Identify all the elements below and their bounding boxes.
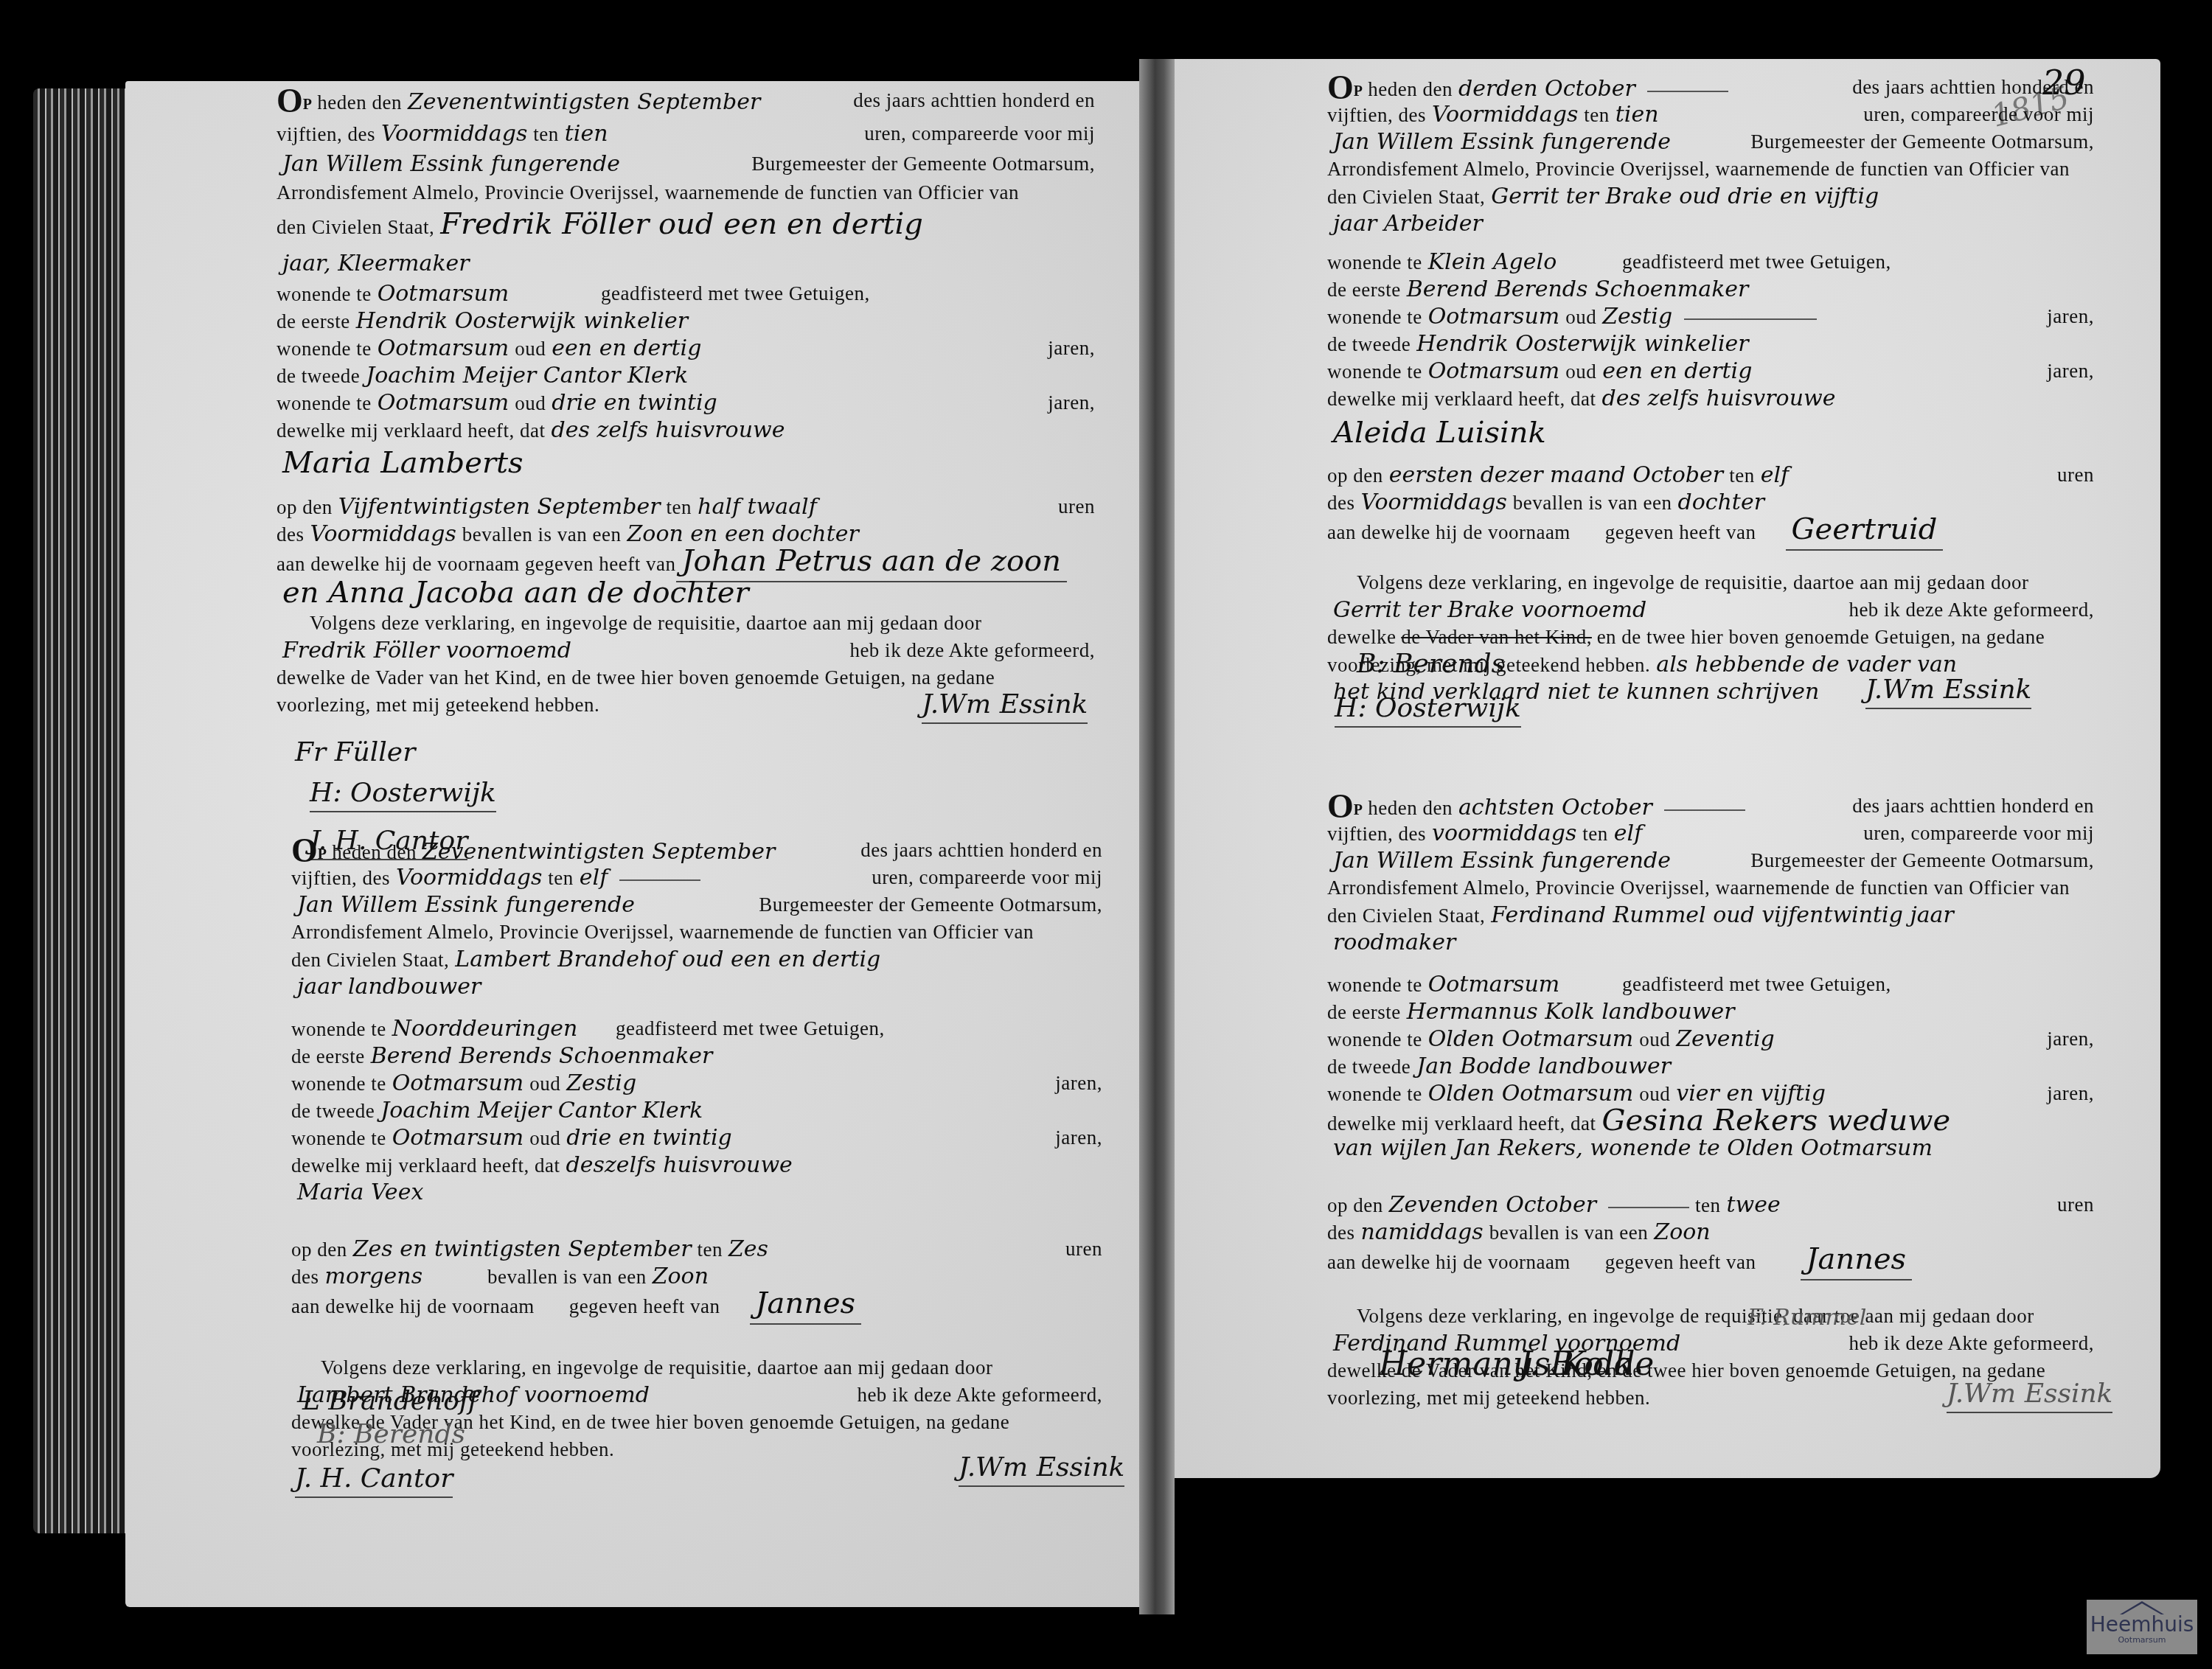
printed-text: heden den [317,91,402,114]
printed-text: oud [515,338,546,360]
handwritten-daypart: Voormiddags [1355,489,1513,515]
signature: J. H. Cantor [295,1463,453,1498]
printed-text: jaren, [2047,1025,2094,1053]
handwritten-hour: elf [1608,820,1648,846]
handwritten-residence: Ootmarsum [1422,304,1566,330]
printed-text: des [291,1266,319,1288]
handwritten-birth-date: Zevenden October [1383,1192,1602,1218]
printed-text: den Civielen Staat, [291,949,449,971]
printed-text: de eerste [291,1045,365,1067]
printed-text: op den [276,496,333,518]
handwritten-age: Zestig [560,1070,642,1096]
handwritten-daypart: namiddags [1355,1219,1489,1245]
handwritten-residence: Klein Agelo [1422,249,1563,275]
printed-text: oud [1639,1083,1670,1105]
handwritten-official: Jan Willem Essink fungerende [1327,848,1677,874]
printed-text: dewelke mij verklaard heeft, dat [291,1154,560,1177]
printed-text: wonende te [291,1073,386,1095]
handwritten-child-sex: dochter [1672,489,1770,515]
handwritten-date: Zevenentwintigsten September [402,89,766,115]
signature-burgemeester: J.Wm Essink [1947,1379,2112,1413]
handwritten-birth-hour: twee [1720,1192,1786,1218]
printed-text: de tweede [276,365,360,387]
printed-text: den Civielen Staat, [1327,905,1485,927]
printed-text: heb ik deze Akte geformeerd, [857,1381,1102,1409]
handwritten-residence: Ootmarsum [372,390,515,416]
printed-text: gegeven heeft van [569,1295,720,1317]
printed-text: wonende te [291,1018,386,1040]
printed-text: voorlezing, met mij geteekend hebben. [276,694,599,716]
printed-text: op den [291,1238,347,1261]
printed-text: gegeven heeft van [1605,521,1756,543]
handwritten-date: Zevenentwintigsten September [417,839,781,865]
printed-text: jaren, [1055,1070,1102,1097]
record-right-1: OP heden denderden Octoberdes jaars acht… [1327,74,2094,647]
book-gutter [1139,59,1175,1614]
printed-text: ten [698,1238,723,1261]
handwritten-birth-hour: half twaalf [692,494,823,520]
printed-text: bevallen is van een [462,523,622,546]
printed-text: geadfisteerd met twee Getuigen, [1622,971,1891,998]
printed-text: aan dewelke hij de voornaam [291,1295,535,1317]
handwritten-witness-1: Hermannus Kolk landbouwer [1401,999,1741,1025]
handwritten-relation: des zelfs huisvrouwe [1596,386,1842,411]
signature-burgemeester: J.Wm Essink [1865,675,2031,709]
printed-text: op den [1327,464,1383,487]
printed-text: des [1327,492,1355,514]
printed-text: des jaars achttien honderd en [853,87,1095,114]
printed-text: Arrondisfement Almelo, Provincie Overijs… [276,181,1019,203]
handwritten-age: Zestig [1596,304,1678,330]
printed-text: en de twee hier boven genoemde Getuigen,… [1597,626,2045,648]
handwritten-daypart: Voormiddags [1426,102,1584,128]
signature: B: Berends [317,1419,465,1449]
handwritten-age: Zeventig [1670,1026,1780,1052]
handwritten-residence: Ootmarsum [372,335,515,361]
handwritten-occupation: jaar Arbeider [1327,211,1489,237]
printed-text: wonende te [1327,1083,1422,1105]
handwritten-residence: Ootmarsum [372,281,515,307]
house-roof-icon [2120,1601,2164,1614]
handwritten-mother: Aleida Luisink [1327,416,1552,450]
printed-text: Burgemeester der Gemeente Ootmarsum, [1750,847,2094,874]
printed-text: jaren, [1055,1124,1102,1151]
printed-text: wonende te [1327,306,1422,328]
printed-text: ten [667,496,692,518]
printed-text: gegeven heeft van [1605,1251,1756,1273]
printed-text: uren, compareerde voor mij [864,120,1095,147]
handwritten-residence: Ootmarsum [386,1125,530,1151]
printed-text: des [276,523,305,546]
printed-text: oud [529,1127,560,1149]
handwritten-birth-hour: elf [1755,462,1795,488]
handwritten-relation: deszelfs huisvrouwe [560,1152,799,1178]
printed-text: Burgemeester der Gemeente Ootmarsum, [759,891,1102,919]
signature: F. Rummel [1747,1305,1866,1331]
handwritten-age: drie en twintig [560,1125,738,1151]
signature: H: Oosterwijk [310,778,496,812]
printed-text: bevallen is van een [1489,1222,1649,1244]
handwritten-official: Jan Willem Essink fungerende [1327,129,1677,155]
printed-text: dewelke de Vader van het Kind, en de twe… [276,666,995,689]
printed-text: de eerste [1327,1001,1401,1023]
signature-burgemeester: J.Wm Essink [922,689,1088,724]
handwritten-declarant: Ferdinand Rummel oud vijfentwintig jaar [1485,902,1960,928]
printed-text: wonende te [1327,360,1422,383]
signature: L Brandehoff [302,1386,478,1416]
handwritten-age: een en dertig [546,335,707,361]
printed-text: de eerste [1327,279,1401,301]
printed-text: uren, compareerde voor mij [1863,101,2094,128]
printed-text: vijftien, des [1327,104,1426,126]
signature: J. Bodde [1519,1345,1654,1383]
handwritten-birth-date: Vijfentwintigsten September [333,494,667,520]
handwritten-daypart: voormiddags [1426,820,1582,846]
printed-text: ten [548,867,574,889]
watermark-name: Heemhuis [2087,1614,2197,1635]
handwritten-addendum: als hebbende de vader van [1650,652,1963,677]
printed-text: ten [533,123,559,145]
printed-text: dewelke mij verklaard heeft, dat [1327,388,1596,410]
printed-text: des jaars achttien honderd en [1852,792,2094,820]
printed-text: vijftien, des [276,123,375,145]
handwritten-residence: Ootmarsum [386,1070,530,1096]
printed-text: geadfisteerd met twee Getuigen, [616,1015,885,1042]
printed-text: geadfisteerd met twee Getuigen, [1622,248,1891,276]
printed-text: op den [1327,1194,1383,1216]
printed-text: wonende te [276,392,372,414]
printed-text: oud [1565,306,1596,328]
handwritten-residence: Olden Ootmarsum [1422,1026,1640,1052]
printed-text: aan dewelke hij de voornaam [1327,521,1571,543]
printed-text: uren [1058,493,1095,520]
handwritten-official: Jan Willem Essink fungerende [291,892,641,918]
handwritten-hour: tien [559,121,614,147]
printed-text: oud [515,392,546,414]
printed-text: aan dewelke hij de voornaam [276,553,520,575]
printed-text: de tweede [1327,333,1411,355]
handwritten-residence: Ootmarsum [1422,358,1566,384]
handwritten-declarant: Fredrik Föller oud een en dertig [434,207,929,241]
printed-text: Volgens deze verklaring, en ingevolge de… [310,612,981,634]
handwritten-declarant-ref: Fredrik Föller voornoemd [276,638,577,663]
printed-text: jaren, [1048,335,1095,362]
printed-text: bevallen is van een [487,1266,647,1288]
printed-text: dewelke [1327,626,1396,648]
printed-text: wonende te [276,338,372,360]
record-right-2: OP heden denachtsten Octoberdes jaars ac… [1327,792,2094,1338]
handwritten-occupation: roodmaker [1327,930,1461,955]
handwritten-age: een en dertig [1596,358,1758,384]
printed-text: Arrondisfement Almelo, Provincie Overijs… [1327,158,2070,180]
printed-text: wonende te [1327,251,1422,273]
printed-text: jaren, [2047,358,2094,385]
record-left-2: OP heden denZevenentwintigsten September… [291,837,1102,1382]
printed-text: Volgens deze verklaring, en ingevolge de… [1357,1305,2034,1327]
printed-text: ten [1584,104,1610,126]
signature-burgemeester: J.Wm Essink [959,1452,1124,1487]
handwritten-mother: Gesina Rekers weduwe [1596,1104,1957,1137]
printed-text: uren [2057,461,2094,489]
handwritten-relation: des zelfs huisvrouwe [546,417,791,443]
printed-text: Volgens deze verklaring, en ingevolge de… [321,1356,992,1379]
printed-text: vijftien, des [291,867,390,889]
handwritten-child-sex: Zoon [647,1264,714,1289]
handwritten-daypart: Voormiddags [390,865,548,891]
handwritten-child-name: Jannes [750,1286,862,1325]
handwritten-child-name: Jannes [1801,1242,1913,1281]
printed-text: heb ik deze Akte geformeerd, [1848,596,2094,624]
heemhuis-watermark-logo: Heemhuis Ootmarsum [2087,1600,2197,1654]
printed-text: aan dewelke hij de voornaam [1327,1251,1571,1273]
printed-text: Burgemeester der Gemeente Ootmarsum, [1750,128,2094,156]
printed-text: den Civielen Staat, [1327,186,1485,208]
printed-text: dewelke mij verklaard heeft, dat [276,419,546,442]
handwritten-declarant: Lambert Brandehof oud een en dertig [449,947,886,972]
handwritten-mother: Maria Veex [291,1180,429,1205]
printed-text: vijftien, des [1327,823,1426,845]
printed-text: de tweede [1327,1056,1411,1078]
handwritten-birth-date: eersten dezer maand October [1383,462,1729,488]
handwritten-child-name-2: en Anna Jacoba aan de dochter [276,576,755,610]
printed-text: heb ik deze Akte geformeerd, [1848,1330,2094,1357]
handwritten-witness-2: Joachim Meijer Cantor Klerk [375,1098,709,1123]
handwritten-residence: Olden Ootmarsum [1422,1081,1640,1107]
printed-text: de tweede [291,1100,375,1122]
printed-text: des [1327,1222,1355,1244]
handwritten-hour: elf [574,865,613,891]
handwritten-residence: Noorddeuringen [386,1016,584,1042]
handwritten-witness-2: Hendrik Oosterwijk winkelier [1411,331,1754,357]
printed-text: oud [529,1073,560,1095]
printed-text: des jaars achttien honderd en [860,837,1102,864]
printed-text: jaren, [2047,303,2094,330]
printed-text: jaren, [2047,1080,2094,1107]
handwritten-child-sex: Zoon en een dochter [621,521,864,547]
printed-text: Burgemeester der Gemeente Ootmarsum, [751,150,1095,178]
printed-text: uren [1065,1236,1102,1263]
printed-text: ten [1695,1194,1721,1216]
printed-text: uren, compareerde voor mij [872,864,1102,891]
handwritten-official: Jan Willem Essink fungerende [276,151,626,177]
handwritten-date: achtsten October [1453,795,1658,820]
handwritten-child-name: Geertruid [1786,512,1944,551]
printed-text: wonende te [276,283,372,305]
printed-text: ten [1729,464,1755,487]
signature: Fr Füller [295,737,415,767]
handwritten-declarant-ref: Gerrit ter Brake voornoemd [1327,597,1652,623]
handwritten-declarant: Gerrit ter Brake oud drie en vijftig [1485,184,1885,209]
record-left-1: OP heden denZevenentwintigsten September… [276,87,1095,660]
handwritten-child-sex: Zoon [1648,1219,1716,1245]
handwritten-witness-1: Berend Berends Schoenmaker [1401,276,1755,302]
printed-text: de eerste [276,310,350,332]
printed-text: voorlezing, met mij geteekend hebben. [1327,1387,1650,1409]
printed-text: ten [1582,823,1608,845]
printed-text: Arrondisfement Almelo, Provincie Overijs… [1327,877,2070,899]
printed-text: uren [2057,1191,2094,1219]
printed-text: dewelke mij verklaard heeft, dat [1327,1112,1596,1135]
handwritten-mother-detail: van wijlen Jan Rekers, wonende te Olden … [1327,1135,1938,1161]
printed-text: Volgens deze verklaring, en ingevolge de… [1357,571,2028,593]
printed-text: bevallen is van een [1513,492,1672,514]
handwritten-witness-2: Jan Bodde landbouwer [1411,1053,1677,1079]
handwritten-date: derden October [1453,76,1641,102]
handwritten-witness-1: Hendrik Oosterwijk winkelier [350,308,694,334]
handwritten-birth-date: Zes en twintigsten September [347,1236,698,1262]
handwritten-mother: Maria Lamberts [276,446,529,480]
handwritten-occupation: jaar, Kleermaker [276,251,476,276]
printed-text: des jaars achttien honderd en [1852,74,2094,101]
handwritten-birth-hour: Zes [723,1236,774,1262]
handwritten-residence: Ootmarsum [1422,972,1566,997]
printed-text: wonende te [291,1127,386,1149]
printed-text: oud [1565,360,1596,383]
handwritten-daypart: Voormiddags [305,521,462,547]
handwritten-hour: tien [1610,102,1665,128]
printed-text: heb ik deze Akte geformeerd, [849,637,1095,664]
signature: B: Berends [1357,649,1505,679]
printed-text: geadfisteerd met twee Getuigen, [601,280,870,307]
handwritten-witness-2: Joachim Meijer Cantor Klerk [360,363,694,388]
struck-text: de Vader van het Kind, [1401,626,1592,648]
handwritten-daypart: Voormiddags [375,121,533,147]
drop-cap: O [276,82,303,119]
handwritten-witness-1: Berend Berends Schoenmaker [365,1043,719,1069]
printed-text: wonende te [1327,1028,1422,1050]
printed-text: uren, compareerde voor mij [1863,820,2094,847]
printed-text: Arrondisfement Almelo, Provincie Overijs… [291,921,1034,943]
handwritten-age: drie en twintig [546,390,723,416]
printed-text: wonende te [1327,974,1422,996]
printed-text: oud [1639,1028,1670,1050]
handwritten-daypart: morgens [319,1264,429,1289]
printed-text: den Civielen Staat, [276,216,434,238]
handwritten-occupation: jaar landbouwer [291,974,487,1000]
printed-text: gegeven heeft van [525,553,676,575]
signature: H: Oosterwijk [1335,693,1521,728]
handwritten-age: vier en vijftig [1670,1081,1832,1107]
printed-text: jaren, [1048,389,1095,417]
